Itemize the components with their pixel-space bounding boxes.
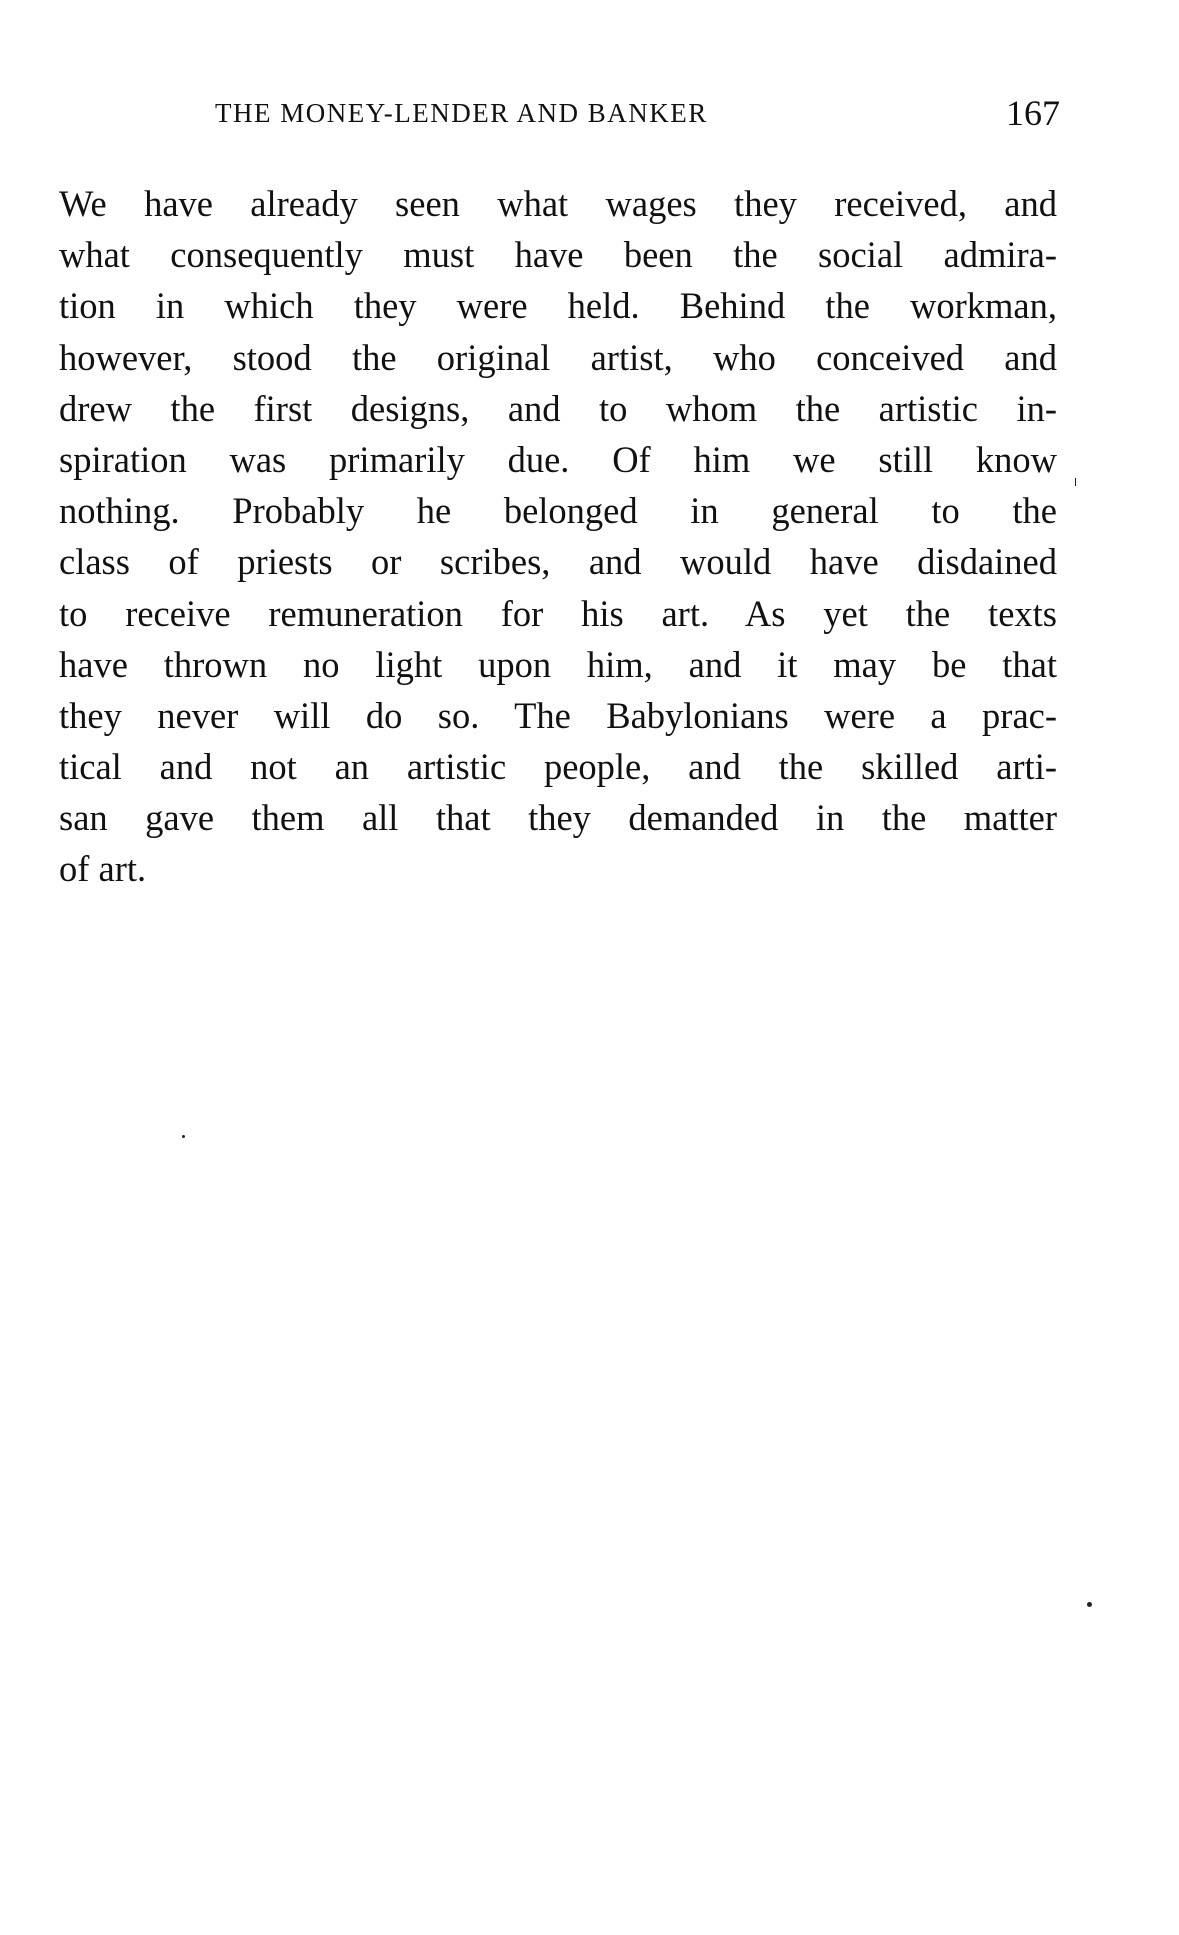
text-line: class of priests or scribes, and would h… [59, 536, 1057, 587]
scan-speck [1087, 1602, 1092, 1607]
text-line: of art. [59, 843, 1057, 894]
text-line: tical and not an artistic people, and th… [59, 741, 1057, 792]
text-line: We have already seen what wages they rec… [59, 178, 1057, 229]
scan-speck [182, 1135, 185, 1138]
text-line: nothing. Probably he belonged in general… [59, 485, 1057, 536]
page-number: 167 [1006, 92, 1060, 134]
page-header: THE MONEY-LENDER AND BANKER 167 [60, 92, 1060, 142]
text-line: san gave them all that they demanded in … [59, 792, 1057, 843]
text-line: to receive remuneration for his art. As … [59, 588, 1057, 639]
text-line: drew the first designs, and to whom the … [59, 383, 1057, 434]
text-line: tion in which they were held. Behind the… [59, 280, 1057, 331]
text-line: have thrown no light upon him, and it ma… [59, 639, 1057, 690]
text-line: spiration was primarily due. Of him we s… [59, 434, 1057, 485]
scan-speck [1075, 478, 1076, 486]
running-head: THE MONEY-LENDER AND BANKER [215, 98, 708, 129]
text-line: however, stood the original artist, who … [59, 332, 1057, 383]
text-line: what consequently must have been the soc… [59, 229, 1057, 280]
body-text: We have already seen what wages they rec… [59, 178, 1057, 895]
text-line: they never will do so. The Babylonians w… [59, 690, 1057, 741]
